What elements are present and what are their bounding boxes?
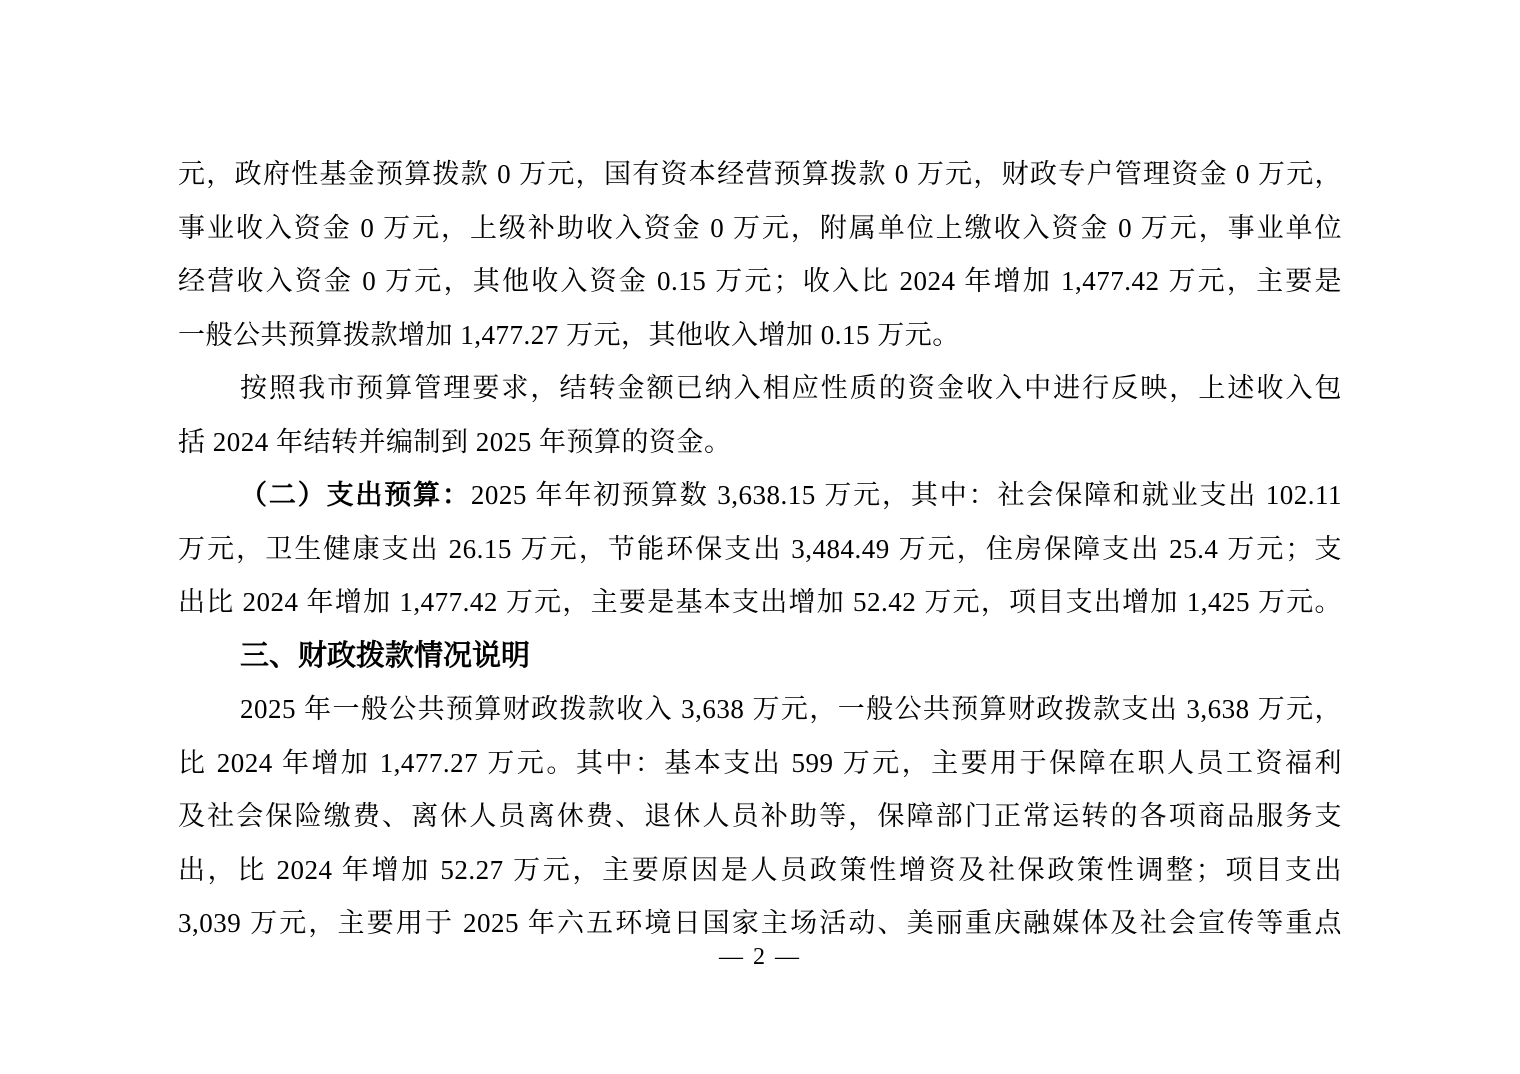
text-line: 出，比 2024 年增加 52.27 万元，主要原因是人员政策性增资及社保政策性… [178, 844, 1342, 898]
paragraph-text: 2025 年年初预算数 3,638.15 万元，其中：社会保障和就业支出 102… [471, 480, 1342, 510]
page-number: — 2 — [0, 936, 1520, 978]
text-line: （二）支出预算：2025 年年初预算数 3,638.15 万元，其中：社会保障和… [178, 469, 1342, 523]
text-line: 比 2024 年增加 1,477.27 万元。其中：基本支出 599 万元，主要… [178, 737, 1342, 791]
text-line: 按照我市预算管理要求，结转金额已纳入相应性质的资金收入中进行反映，上述收入包 [178, 362, 1342, 416]
text-line: 及社会保险缴费、离休人员离休费、退休人员补助等，保障部门正常运转的各项商品服务支 [178, 790, 1342, 844]
text-line: 出比 2024 年增加 1,477.42 万元，主要是基本支出增加 52.42 … [178, 576, 1342, 630]
text-line: 元，政府性基金预算拨款 0 万元，国有资本经营预算拨款 0 万元，财政专户管理资… [178, 148, 1342, 202]
text-line: 万元，卫生健康支出 26.15 万元，节能环保支出 3,484.49 万元，住房… [178, 523, 1342, 577]
text-line: 经营收入资金 0 万元，其他收入资金 0.15 万元；收入比 2024 年增加 … [178, 255, 1342, 309]
paragraph-lead-label: （二）支出预算： [240, 480, 471, 510]
section-heading: 三、财政拨款情况说明 [178, 630, 1342, 684]
text-line: 一般公共预算拨款增加 1,477.27 万元，其他收入增加 0.15 万元。 [178, 309, 1342, 363]
text-line: 2025 年一般公共预算财政拨款收入 3,638 万元，一般公共预算财政拨款支出… [178, 683, 1342, 737]
document-body: 元，政府性基金预算拨款 0 万元，国有资本经营预算拨款 0 万元，财政专户管理资… [178, 148, 1342, 951]
text-line: 事业收入资金 0 万元，上级补助收入资金 0 万元，附属单位上缴收入资金 0 万… [178, 202, 1342, 256]
text-line: 括 2024 年结转并编制到 2025 年预算的资金。 [178, 416, 1342, 470]
document-page: 元，政府性基金预算拨款 0 万元，国有资本经营预算拨款 0 万元，财政专户管理资… [0, 0, 1520, 1074]
